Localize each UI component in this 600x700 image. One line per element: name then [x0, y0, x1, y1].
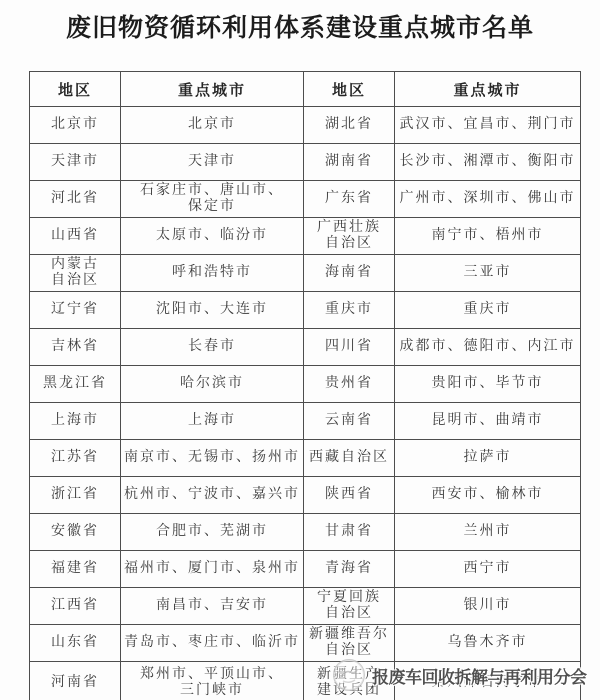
cities-cell: 呼和浩特市 — [121, 255, 304, 292]
cities-cell: 福州市、厦门市、泉州市 — [121, 551, 304, 588]
region-cell: 云南省 — [304, 403, 395, 440]
column-header: 地区 — [30, 72, 121, 107]
region-cell: 湖南省 — [304, 144, 395, 181]
watermark: 报废车回收拆解与再利用分会 — [330, 656, 587, 694]
region-cell: 内蒙古 自治区 — [30, 255, 121, 292]
region-cell: 浙江省 — [30, 477, 121, 514]
table-row: 河北省石家庄市、唐山市、 保定市广东省广州市、深圳市、佛山市 — [30, 181, 581, 218]
table-row: 黑龙江省哈尔滨市贵州省贵阳市、毕节市 — [30, 366, 581, 403]
region-cell: 宁夏回族 自治区 — [304, 588, 395, 625]
cities-cell: 合肥市、芜湖市 — [121, 514, 304, 551]
region-cell: 广西壮族 自治区 — [304, 218, 395, 255]
table-header-row: 地区重点城市地区重点城市 — [30, 72, 581, 107]
region-cell: 湖北省 — [304, 107, 395, 144]
region-cell: 山西省 — [30, 218, 121, 255]
region-cell: 河北省 — [30, 181, 121, 218]
cities-cell: 南京市、无锡市、扬州市 — [121, 440, 304, 477]
region-cell: 重庆市 — [304, 292, 395, 329]
region-cell: 甘肃省 — [304, 514, 395, 551]
cities-cell: 太原市、临汾市 — [121, 218, 304, 255]
region-cell: 海南省 — [304, 255, 395, 292]
region-cell: 黑龙江省 — [30, 366, 121, 403]
region-cell: 北京市 — [30, 107, 121, 144]
table-row: 江西省南昌市、吉安市宁夏回族 自治区银川市 — [30, 588, 581, 625]
column-header: 重点城市 — [121, 72, 304, 107]
cities-cell: 沈阳市、大连市 — [121, 292, 304, 329]
table-row: 江苏省南京市、无锡市、扬州市西藏自治区拉萨市 — [30, 440, 581, 477]
table-row: 天津市天津市湖南省长沙市、湘潭市、衡阳市 — [30, 144, 581, 181]
cities-cell: 天津市 — [121, 144, 304, 181]
region-cell: 安徽省 — [30, 514, 121, 551]
table-row: 山西省太原市、临汾市广西壮族 自治区南宁市、梧州市 — [30, 218, 581, 255]
table-row: 福建省福州市、厦门市、泉州市青海省西宁市 — [30, 551, 581, 588]
region-cell: 上海市 — [30, 403, 121, 440]
cities-cell: 西宁市 — [395, 551, 581, 588]
table-row: 浙江省杭州市、宁波市、嘉兴市陕西省西安市、榆林市 — [30, 477, 581, 514]
key-cities-table: 地区重点城市地区重点城市 北京市北京市湖北省武汉市、宜昌市、荆门市天津市天津市湖… — [29, 71, 581, 700]
region-cell: 青海省 — [304, 551, 395, 588]
region-cell: 天津市 — [30, 144, 121, 181]
page: 废旧物资循环利用体系建设重点城市名单 地区重点城市地区重点城市 北京市北京市湖北… — [0, 0, 600, 700]
watermark-text: 报废车回收拆解与再利用分会 — [372, 663, 587, 688]
cities-cell: 南昌市、吉安市 — [121, 588, 304, 625]
cities-cell: 石家庄市、唐山市、 保定市 — [121, 181, 304, 218]
table-row: 辽宁省沈阳市、大连市重庆市重庆市 — [30, 292, 581, 329]
region-cell: 吉林省 — [30, 329, 121, 366]
cities-cell: 兰州市 — [395, 514, 581, 551]
table-row: 内蒙古 自治区呼和浩特市海南省三亚市 — [30, 255, 581, 292]
table-header: 地区重点城市地区重点城市 — [30, 72, 581, 107]
table-row: 安徽省合肥市、芜湖市甘肃省兰州市 — [30, 514, 581, 551]
table-row: 吉林省长春市四川省成都市、德阳市、内江市 — [30, 329, 581, 366]
cities-cell: 北京市 — [121, 107, 304, 144]
cities-cell: 青岛市、枣庄市、临沂市 — [121, 625, 304, 662]
table-row: 北京市北京市湖北省武汉市、宜昌市、荆门市 — [30, 107, 581, 144]
cities-cell: 拉萨市 — [395, 440, 581, 477]
table-body: 北京市北京市湖北省武汉市、宜昌市、荆门市天津市天津市湖南省长沙市、湘潭市、衡阳市… — [30, 107, 581, 700]
region-cell: 西藏自治区 — [304, 440, 395, 477]
region-cell: 广东省 — [304, 181, 395, 218]
cities-cell: 武汉市、宜昌市、荆门市 — [395, 107, 581, 144]
cities-cell: 昆明市、曲靖市 — [395, 403, 581, 440]
cities-cell: 广州市、深圳市、佛山市 — [395, 181, 581, 218]
page-title: 废旧物资循环利用体系建设重点城市名单 — [0, 8, 600, 44]
cities-cell: 成都市、德阳市、内江市 — [395, 329, 581, 366]
region-cell: 辽宁省 — [30, 292, 121, 329]
region-cell: 贵州省 — [304, 366, 395, 403]
region-cell: 四川省 — [304, 329, 395, 366]
region-cell: 江西省 — [30, 588, 121, 625]
cities-cell: 郑州市、平顶山市、 三门峡市 — [121, 662, 304, 700]
region-cell: 福建省 — [30, 551, 121, 588]
cities-cell: 三亚市 — [395, 255, 581, 292]
cities-cell: 上海市 — [121, 403, 304, 440]
cities-cell: 杭州市、宁波市、嘉兴市 — [121, 477, 304, 514]
cities-cell: 西安市、榆林市 — [395, 477, 581, 514]
cities-cell: 重庆市 — [395, 292, 581, 329]
cities-cell: 长沙市、湘潭市、衡阳市 — [395, 144, 581, 181]
region-cell: 山东省 — [30, 625, 121, 662]
cities-cell: 哈尔滨市 — [121, 366, 304, 403]
association-stamp-icon — [330, 656, 368, 694]
cities-cell: 银川市 — [395, 588, 581, 625]
column-header: 重点城市 — [395, 72, 581, 107]
region-cell: 陕西省 — [304, 477, 395, 514]
region-cell: 河南省 — [30, 662, 121, 700]
cities-cell: 贵阳市、毕节市 — [395, 366, 581, 403]
column-header: 地区 — [304, 72, 395, 107]
cities-cell: 长春市 — [121, 329, 304, 366]
table-row: 上海市上海市云南省昆明市、曲靖市 — [30, 403, 581, 440]
region-cell: 江苏省 — [30, 440, 121, 477]
cities-cell: 南宁市、梧州市 — [395, 218, 581, 255]
